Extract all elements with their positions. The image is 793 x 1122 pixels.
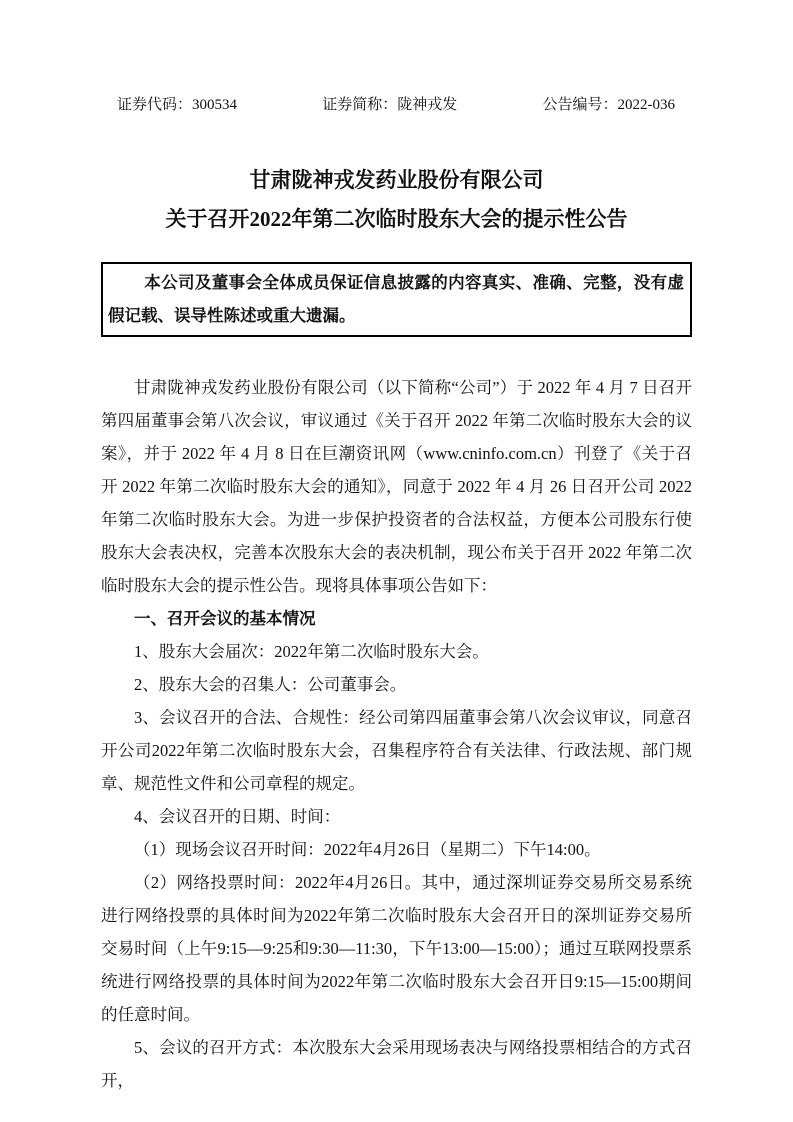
section-1-heading: 一、召开会议的基本情况 [101,602,692,635]
list-item-3: 3、会议召开的合法、合规性：经公司第四届董事会第八次会议审议，同意召开公司202… [101,701,692,800]
stock-code-label: 证券代码：300534 [117,95,237,115]
list-item-4: 4、会议召开的日期、时间： [101,800,692,833]
announcement-title: 关于召开2022年第二次临时股东大会的提示性公告 [101,205,692,233]
disclaimer-text: 本公司及董事会全体成员保证信息披露的内容真实、准确、完整，没有虚假记载、误导性陈… [108,266,684,332]
list-item-4-sub-1: （1）现场会议召开时间：2022年4月26日（星期二）下午14:00。 [101,833,692,866]
intro-paragraph: 甘肃陇神戎发药业股份有限公司（以下简称“公司”）于 2022 年 4 月 7 日… [101,371,692,602]
stock-name-label: 证券简称：陇神戎发 [322,95,457,115]
announcement-document-page: 证券代码：300534 证券简称：陇神戎发 公告编号：2022-036 甘肃陇神… [0,0,793,1122]
announcement-number-label: 公告编号：2022-036 [543,95,676,115]
list-item-5: 5、会议的召开方式：本次股东大会采用现场表决与网络投票相结合的方式召开， [101,1031,692,1097]
list-item-4-sub-2: （2）网络投票时间：2022年4月26日。其中，通过深圳证券交易所交易系统进行网… [101,866,692,1031]
list-item-1: 1、股东大会届次：2022年第二次临时股东大会。 [101,635,692,668]
document-header: 证券代码：300534 证券简称：陇神戎发 公告编号：2022-036 [101,95,692,115]
company-name-title: 甘肃陇神戎发药业股份有限公司 [101,166,692,194]
list-item-2: 2、股东大会的召集人：公司董事会。 [101,668,692,701]
disclaimer-box: 本公司及董事会全体成员保证信息披露的内容真实、准确、完整，没有虚假记载、误导性陈… [101,262,692,337]
